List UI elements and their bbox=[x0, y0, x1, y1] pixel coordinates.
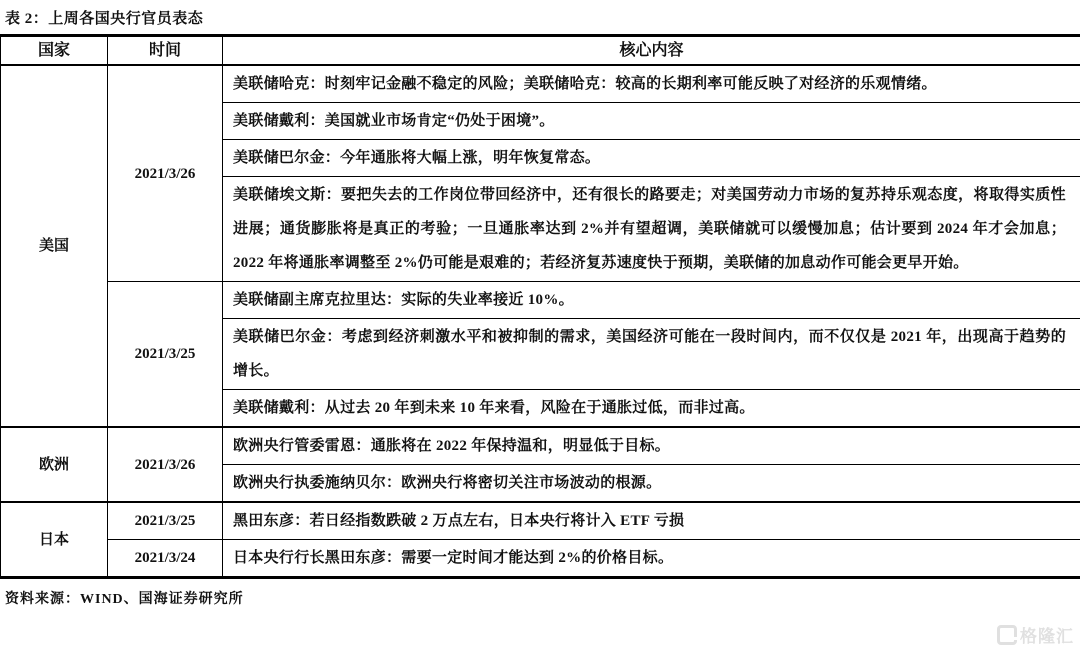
date-cell: 2021/3/25 bbox=[108, 502, 223, 540]
content-cell: 欧洲央行执委施纳贝尔：欧洲央行将密切关注市场波动的根源。 bbox=[223, 465, 1080, 503]
source-note: 资料来源：WIND、国海证券研究所 bbox=[0, 579, 1080, 608]
content-cell: 美联储巴尔金：今年通胀将大幅上涨，明年恢复常态。 bbox=[223, 140, 1080, 177]
content-cell: 黑田东彦：若日经指数跌破 2 万点左右，日本央行将计入 ETF 亏损 bbox=[223, 502, 1080, 540]
table-header-row: 国家 时间 核心内容 bbox=[1, 36, 1080, 66]
header-content: 核心内容 bbox=[223, 36, 1080, 66]
table-row: 欧洲 2021/3/26 欧洲央行管委雷恩：通胀将在 2022 年保持温和，明显… bbox=[1, 427, 1080, 465]
content-cell: 美联储哈克：时刻牢记金融不稳定的风险；美联储哈克：较高的长期利率可能反映了对经济… bbox=[223, 65, 1080, 103]
country-cell-us: 美国 bbox=[1, 65, 108, 427]
header-country: 国家 bbox=[1, 36, 108, 66]
content-cell: 美联储埃文斯：要把失去的工作岗位带回经济中，还有很长的路要走；对美国劳动力市场的… bbox=[223, 177, 1080, 282]
content-cell: 美联储戴利：从过去 20 年到未来 10 年来看，风险在于通胀过低，而非过高。 bbox=[223, 390, 1080, 428]
date-cell: 2021/3/26 bbox=[108, 427, 223, 502]
date-cell: 2021/3/26 bbox=[108, 65, 223, 282]
content-cell: 欧洲央行管委雷恩：通胀将在 2022 年保持温和，明显低于目标。 bbox=[223, 427, 1080, 465]
content-cell: 美联储戴利：美国就业市场肯定“仍处于困境”。 bbox=[223, 103, 1080, 140]
central-bank-statements-table: 国家 时间 核心内容 美国 2021/3/26 美联储哈克：时刻牢记金融不稳定的… bbox=[0, 34, 1080, 579]
header-time: 时间 bbox=[108, 36, 223, 66]
table-row: 2021/3/25 美联储副主席克拉里达：实际的失业率接近 10%。 bbox=[1, 282, 1080, 319]
watermark-brand-text: 格隆汇 bbox=[1020, 622, 1074, 647]
date-cell: 2021/3/24 bbox=[108, 540, 223, 578]
gelonghui-logo-icon bbox=[997, 625, 1017, 645]
table-row: 2021/3/24 日本央行行长黑田东彦：需要一定时间才能达到 2%的价格目标。 bbox=[1, 540, 1080, 578]
content-cell: 美联储副主席克拉里达：实际的失业率接近 10%。 bbox=[223, 282, 1080, 319]
date-cell: 2021/3/25 bbox=[108, 282, 223, 428]
country-cell-japan: 日本 bbox=[1, 502, 108, 578]
table-row: 美国 2021/3/26 美联储哈克：时刻牢记金融不稳定的风险；美联储哈克：较高… bbox=[1, 65, 1080, 103]
content-cell: 日本央行行长黑田东彦：需要一定时间才能达到 2%的价格目标。 bbox=[223, 540, 1080, 578]
table-title: 表 2：上周各国央行官员表态 bbox=[0, 0, 1080, 34]
country-cell-europe: 欧洲 bbox=[1, 427, 108, 502]
table-row: 日本 2021/3/25 黑田东彦：若日经指数跌破 2 万点左右，日本央行将计入… bbox=[1, 502, 1080, 540]
report-table-page: 表 2：上周各国央行官员表态 国家 时间 核心内容 美国 2021/3/26 美… bbox=[0, 0, 1080, 651]
content-cell: 美联储巴尔金：考虑到经济刺激水平和被抑制的需求，美国经济可能在一段时间内，而不仅… bbox=[223, 319, 1080, 390]
gelonghui-watermark: 格隆汇 bbox=[997, 622, 1074, 647]
